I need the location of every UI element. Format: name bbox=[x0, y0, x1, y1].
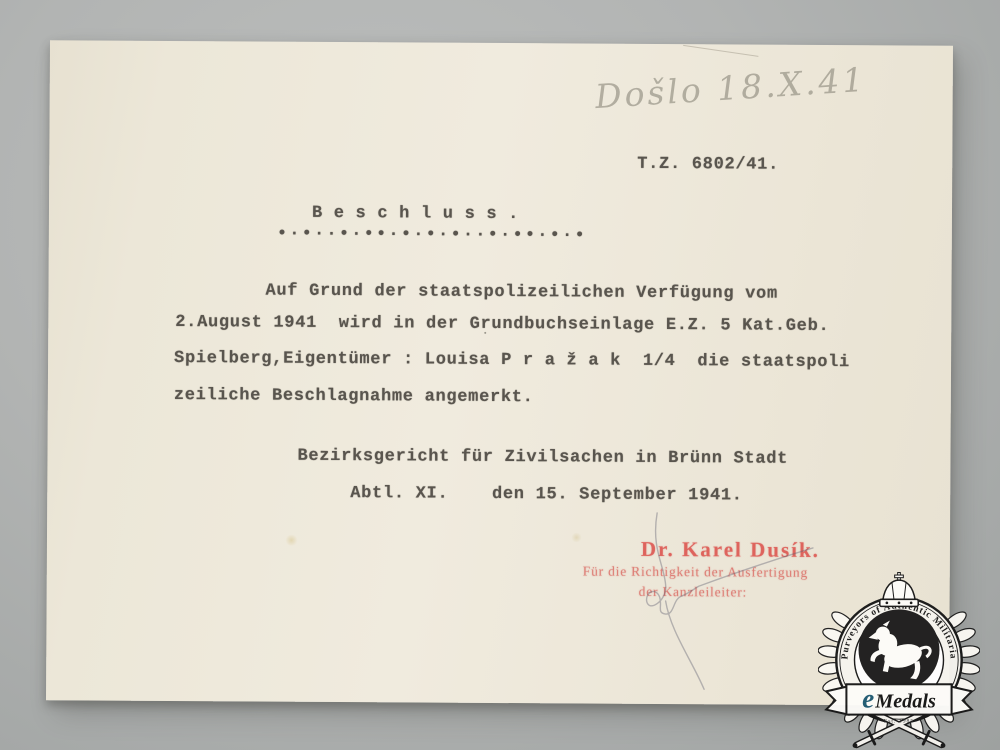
paper-stain bbox=[285, 535, 298, 546]
certification-stamp: Dr. Karel Dusík. Für die Richtigkeit der… bbox=[50, 40, 953, 46]
ink-speck bbox=[204, 323, 207, 326]
reference-number: T.Z. 6802/41. bbox=[637, 153, 779, 178]
stamp-certification-line: der Kanzleileiter: bbox=[639, 584, 748, 601]
decree-body-line: Auf Grund der staatspolizeilichen Verfüg… bbox=[265, 280, 778, 307]
paper-scratch bbox=[681, 45, 758, 69]
decree-body-line: Spielberg,Eigentümer : Louisa P r a ž a … bbox=[174, 347, 850, 375]
court-line: Bezirksgericht für Zivilsachen in Brünn … bbox=[297, 445, 788, 472]
photo-background: Došlo 18.X.41 T.Z. 6802/41. B e s c h l … bbox=[0, 0, 1000, 750]
crown-icon bbox=[880, 573, 918, 607]
paper-stain bbox=[571, 532, 582, 542]
ink-speck bbox=[484, 332, 486, 334]
decree-body-line: 2.August 1941 wird in der Grundbuchseinl… bbox=[175, 311, 829, 339]
emedals-watermark: Purveyors of Authentic Militaria eMedals… bbox=[818, 571, 980, 749]
document-paper: Došlo 18.X.41 T.Z. 6802/41. B e s c h l … bbox=[46, 40, 953, 706]
stamp-name: Dr. Karel Dusík. bbox=[641, 537, 820, 563]
decree-body-line: zeiliche Beschlagnahme angemerkt. bbox=[174, 384, 534, 410]
stamp-certification-line: Für die Richtigkeit der Ausfertigung bbox=[583, 564, 808, 581]
ribbon-banner: eMedals bbox=[826, 684, 972, 715]
pencil-received-note: Došlo 18.X.41 bbox=[594, 56, 926, 116]
established-text: Est. 1985 bbox=[884, 719, 914, 725]
date-line: Abtl. XI. den 15. September 1941. bbox=[350, 482, 743, 508]
heading-underline: •·•··•·••·•·•·•··•·••·•·• bbox=[277, 223, 587, 249]
